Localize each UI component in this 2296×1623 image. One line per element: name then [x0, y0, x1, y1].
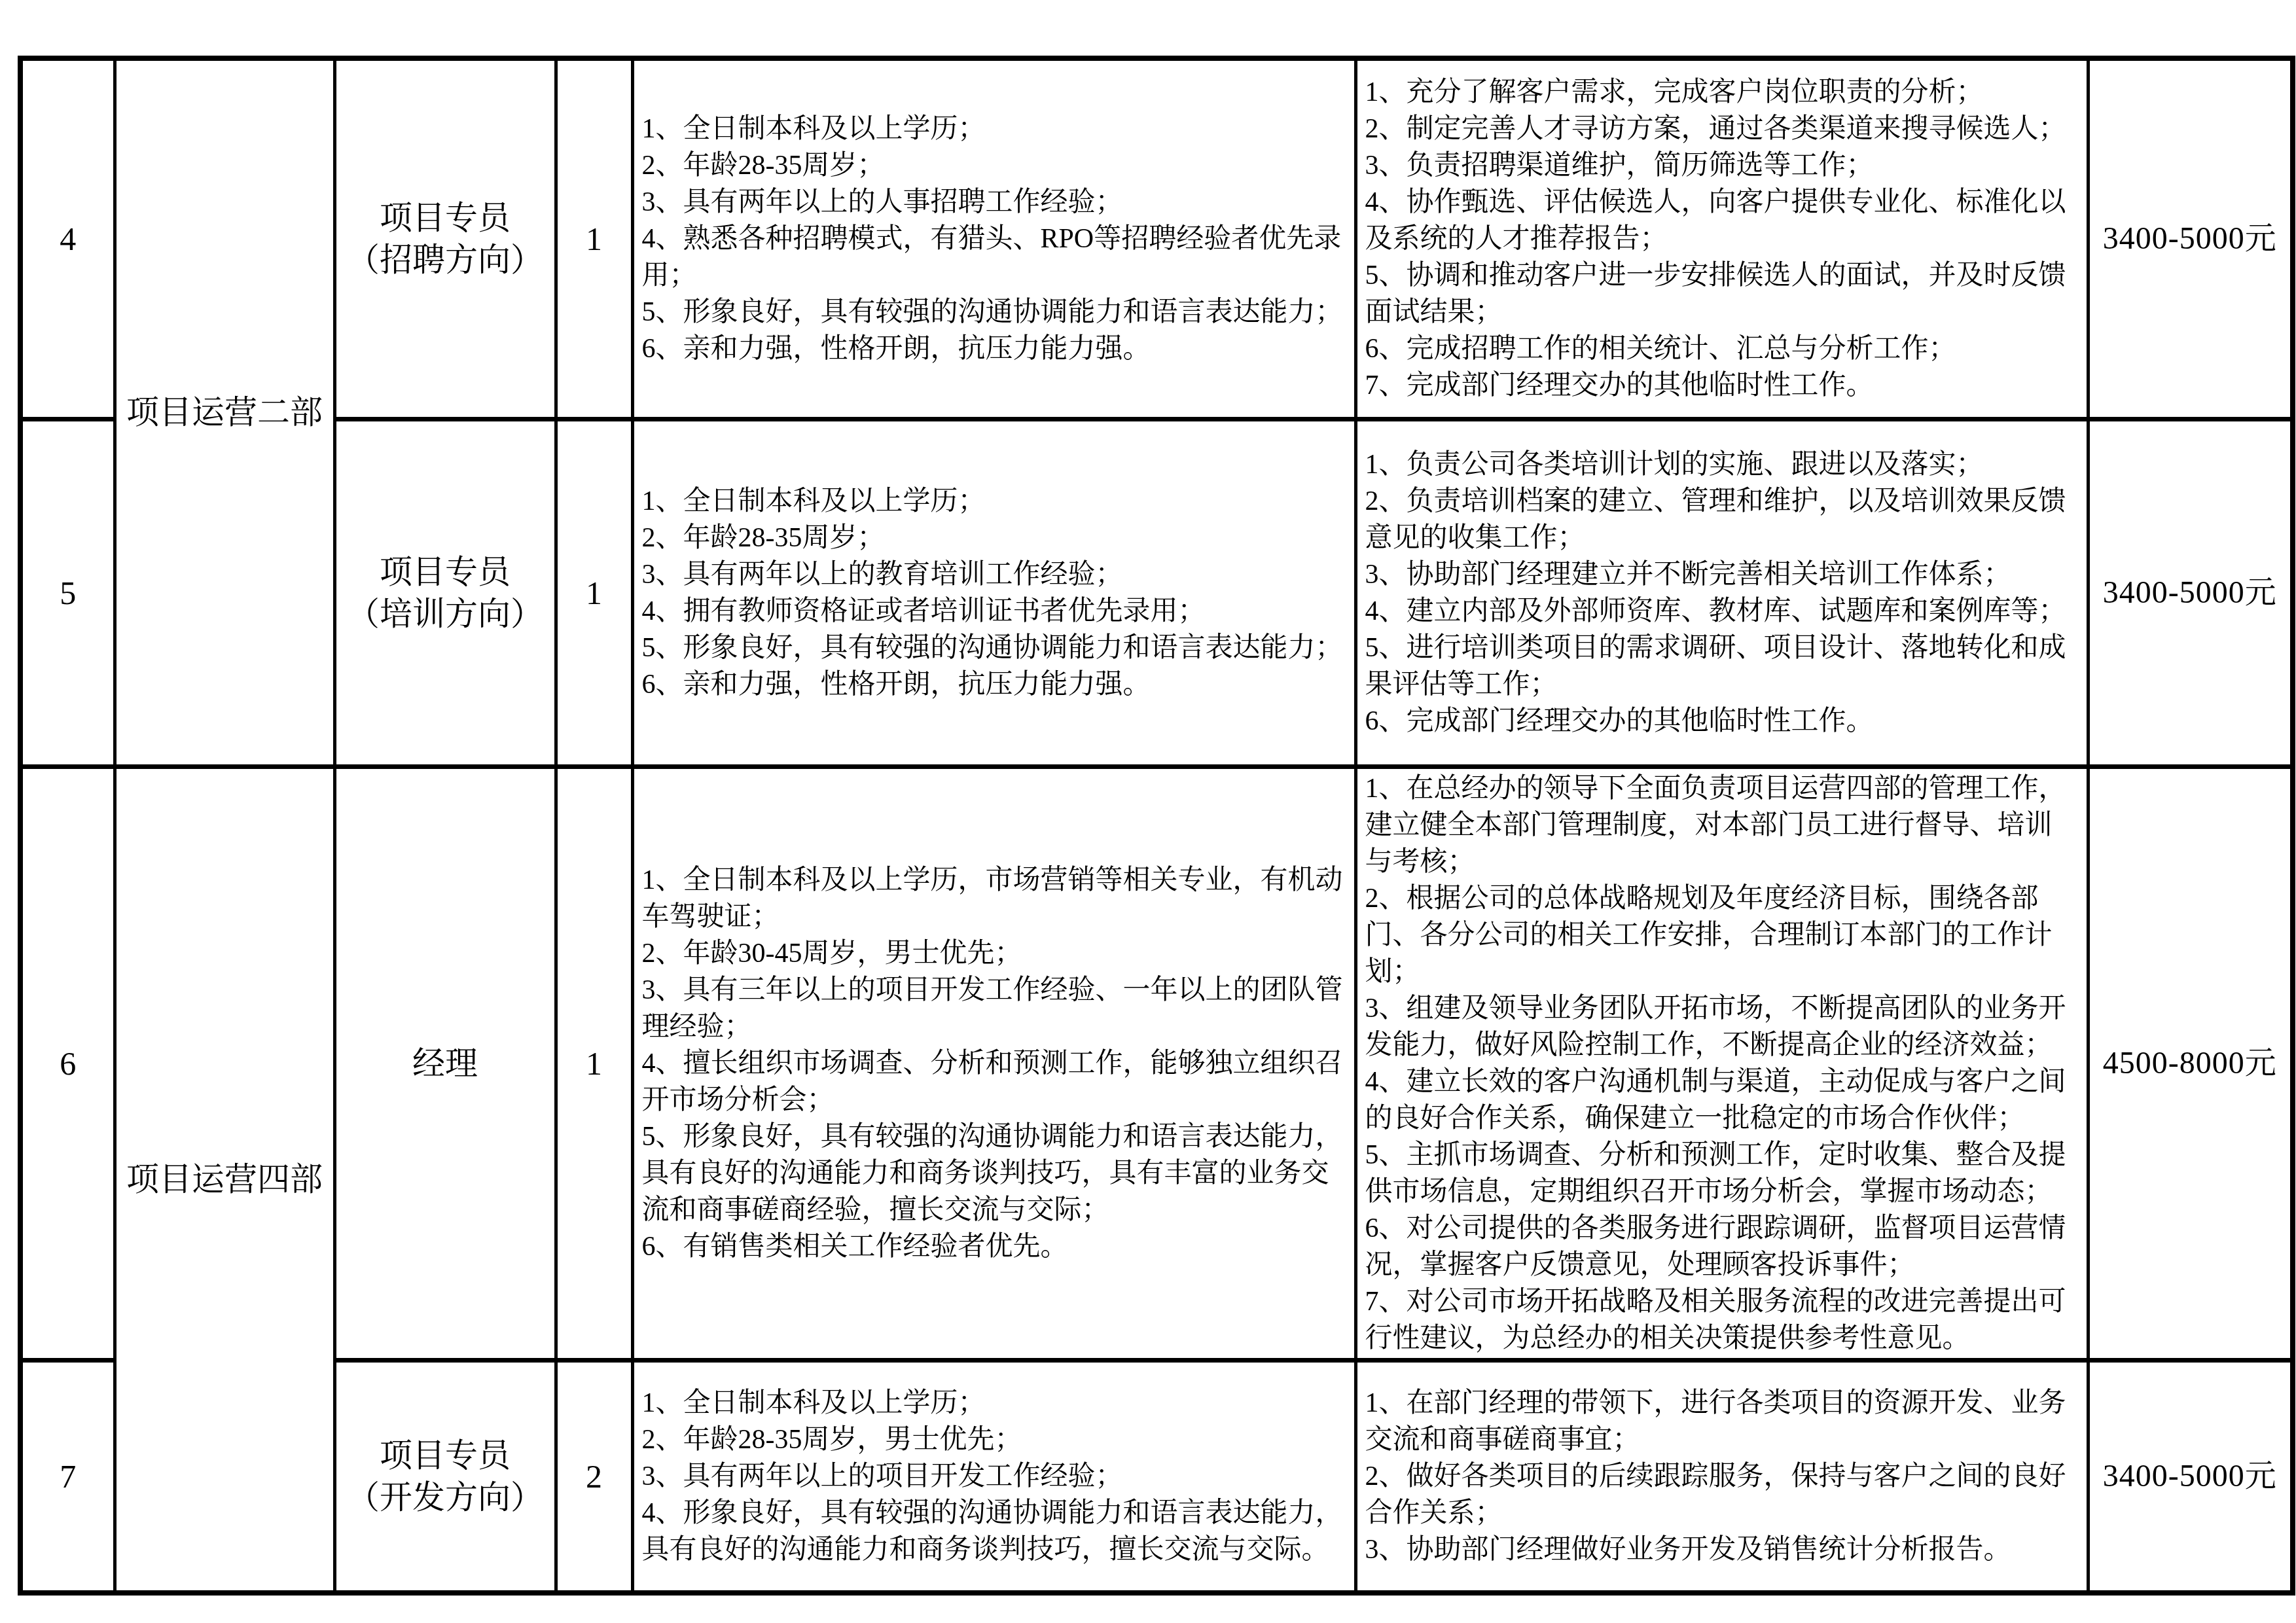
job-row-4: 4 项目运营二部 项目专员 （招聘方向） 1 1、全日制本科及以上学历； 2、年… — [20, 58, 2293, 419]
position-cell: 项目专员 （招聘方向） — [334, 58, 556, 419]
serial-cell: 6 — [20, 766, 115, 1360]
serial-cell: 7 — [20, 1360, 115, 1593]
duties-cell: 1、在部门经理的带领下，进行各类项目的资源开发、业务交流和商事磋商事宜； 2、做… — [1355, 1360, 2088, 1593]
headcount-cell: 1 — [556, 766, 632, 1360]
position-cell: 项目专员 （开发方向） — [334, 1360, 556, 1593]
requirements-cell: 1、全日制本科及以上学历； 2、年龄28-35周岁，男士优先； 3、具有两年以上… — [632, 1360, 1355, 1593]
salary-cell: 3400-5000元 — [2088, 1360, 2293, 1593]
serial-cell: 5 — [20, 419, 115, 766]
requirements-cell: 1、全日制本科及以上学历； 2、年龄28-35周岁； 3、具有两年以上的人事招聘… — [632, 58, 1355, 419]
salary-cell: 4500-8000元 — [2088, 766, 2293, 1360]
position-cell: 项目专员 （培训方向） — [334, 419, 556, 766]
department-cell: 项目运营四部 — [115, 766, 334, 1593]
requirements-cell: 1、全日制本科及以上学历； 2、年龄28-35周岁； 3、具有两年以上的教育培训… — [632, 419, 1355, 766]
duties-cell: 1、在总经办的领导下全面负责项目运营四部的管理工作，建立健全本部门管理制度，对本… — [1355, 766, 2088, 1360]
recruitment-table: 4 项目运营二部 项目专员 （招聘方向） 1 1、全日制本科及以上学历； 2、年… — [18, 56, 2295, 1596]
job-row-6: 6 项目运营四部 经理 1 1、全日制本科及以上学历，市场营销等相关专业，有机动… — [20, 766, 2293, 1360]
job-row-7: 7 项目专员 （开发方向） 2 1、全日制本科及以上学历； 2、年龄28-35周… — [20, 1360, 2293, 1593]
requirements-cell: 1、全日制本科及以上学历，市场营销等相关专业，有机动车驾驶证； 2、年龄30-4… — [632, 766, 1355, 1360]
headcount-cell: 2 — [556, 1360, 632, 1593]
recruitment-table-page: 4 项目运营二部 项目专员 （招聘方向） 1 1、全日制本科及以上学历； 2、年… — [0, 0, 2296, 1623]
position-cell: 经理 — [334, 766, 556, 1360]
department-cell: 项目运营二部 — [115, 58, 334, 766]
headcount-cell: 1 — [556, 419, 632, 766]
job-row-5: 5 项目专员 （培训方向） 1 1、全日制本科及以上学历； 2、年龄28-35周… — [20, 419, 2293, 766]
salary-cell: 3400-5000元 — [2088, 58, 2293, 419]
duties-cell: 1、充分了解客户需求，完成客户岗位职责的分析； 2、制定完善人才寻访方案，通过各… — [1355, 58, 2088, 419]
headcount-cell: 1 — [556, 58, 632, 419]
serial-cell: 4 — [20, 58, 115, 419]
duties-cell: 1、负责公司各类培训计划的实施、跟进以及落实； 2、负责培训档案的建立、管理和维… — [1355, 419, 2088, 766]
salary-cell: 3400-5000元 — [2088, 419, 2293, 766]
